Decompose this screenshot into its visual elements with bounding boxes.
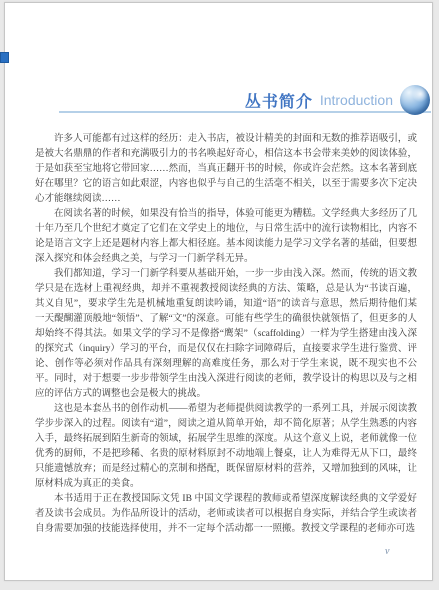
edge-bookmark-marker	[0, 52, 9, 63]
paragraph: 这也是本套丛书的创作动机——希望为老师提供阅读教学的一系列工具，并展示阅读教学步…	[35, 402, 417, 492]
series-intro-title-zh: 丛书简介	[245, 89, 313, 112]
globe-icon	[400, 85, 430, 115]
book-page: 丛书简介 Introduction 许多人可能都有过这样的经历：走入书店，被设计…	[4, 2, 433, 581]
paragraph: 在阅读名著的时候，如果没有恰当的指导，体验可能更为糟糕。文学经典大多经历了几十年…	[35, 207, 417, 267]
series-intro-title-en: Introduction	[320, 92, 393, 108]
paragraph: 我们都知道，学习一门新学科要从基础开始，一步一步由浅入深。然而，传统的语文教学只…	[35, 267, 417, 402]
page-header: 丛书简介 Introduction	[245, 85, 430, 115]
page-number: v	[385, 546, 389, 557]
body-text: 许多人可能都有过这样的经历：走入书店，被设计精美的封面和无数的推荐语吸引，或是被…	[35, 132, 417, 537]
paragraph: 许多人可能都有过这样的经历：走入书店，被设计精美的封面和无数的推荐语吸引，或是被…	[35, 132, 417, 207]
paragraph: 本书适用于正在教授国际文凭 IB 中国文学课程的教师或希望深度解读经典的文学爱好…	[35, 492, 417, 537]
